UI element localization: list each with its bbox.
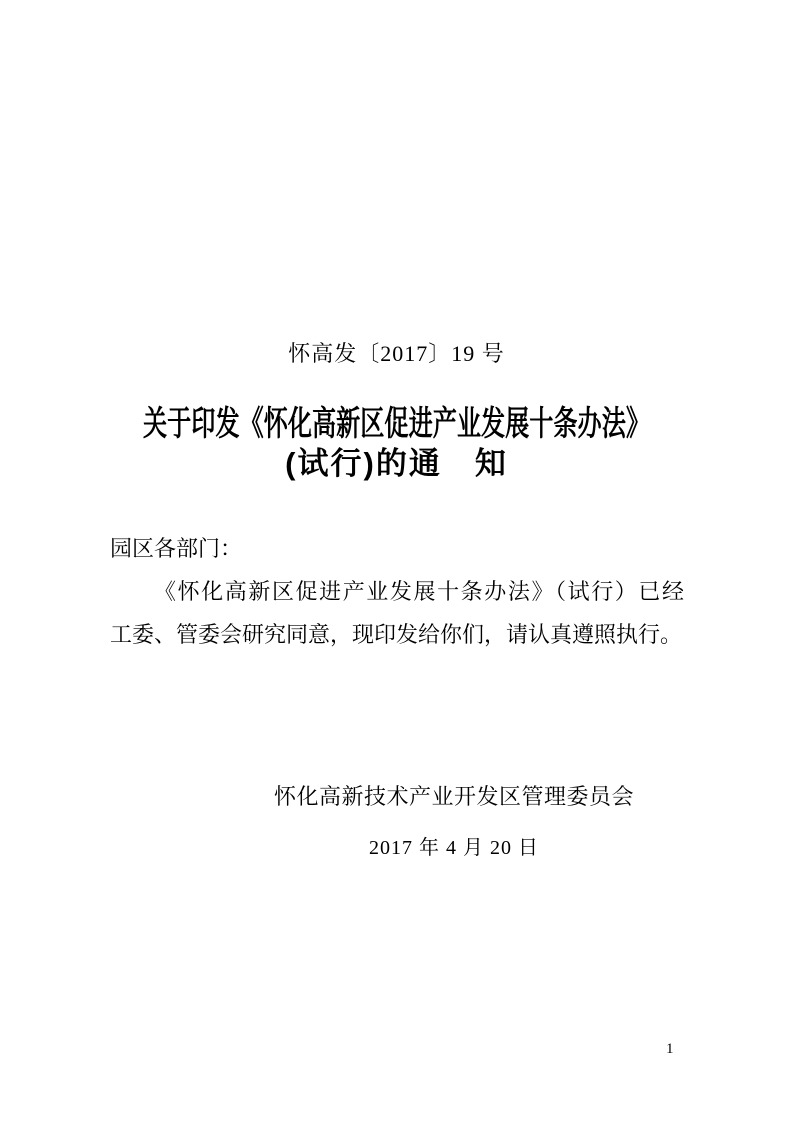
page-number: 1 [666, 1042, 674, 1057]
issue-date: 2017 年 4 月 20 日 [274, 833, 634, 863]
body-paragraph-line-2: 工委、管委会研究同意，现印发给你们，请认真遵照执行。 [110, 613, 684, 656]
salutation: 园区各部门： [110, 527, 684, 570]
signature-block: 怀化高新技术产业开发区管理委员会 2017 年 4 月 20 日 [274, 782, 634, 863]
body-paragraph-line-1: 《怀化高新区促进产业发展十条办法》（试行）已经 [110, 570, 684, 613]
issuer-signature: 怀化高新技术产业开发区管理委员会 [274, 782, 634, 812]
notice-title-line-1: 关于印发《怀化高新区促进产业发展十条办法》 [115, 404, 678, 444]
doc-number: 怀高发〔2017〕19 号 [0, 341, 793, 367]
notice-title-line-2: (试行)的通 知 [0, 446, 793, 482]
document-page: 怀高发〔2017〕19 号 关于印发《怀化高新区促进产业发展十条办法》 (试行)… [0, 0, 793, 1122]
notice-body: 园区各部门： 《怀化高新区促进产业发展十条办法》（试行）已经 工委、管委会研究同… [110, 527, 684, 656]
